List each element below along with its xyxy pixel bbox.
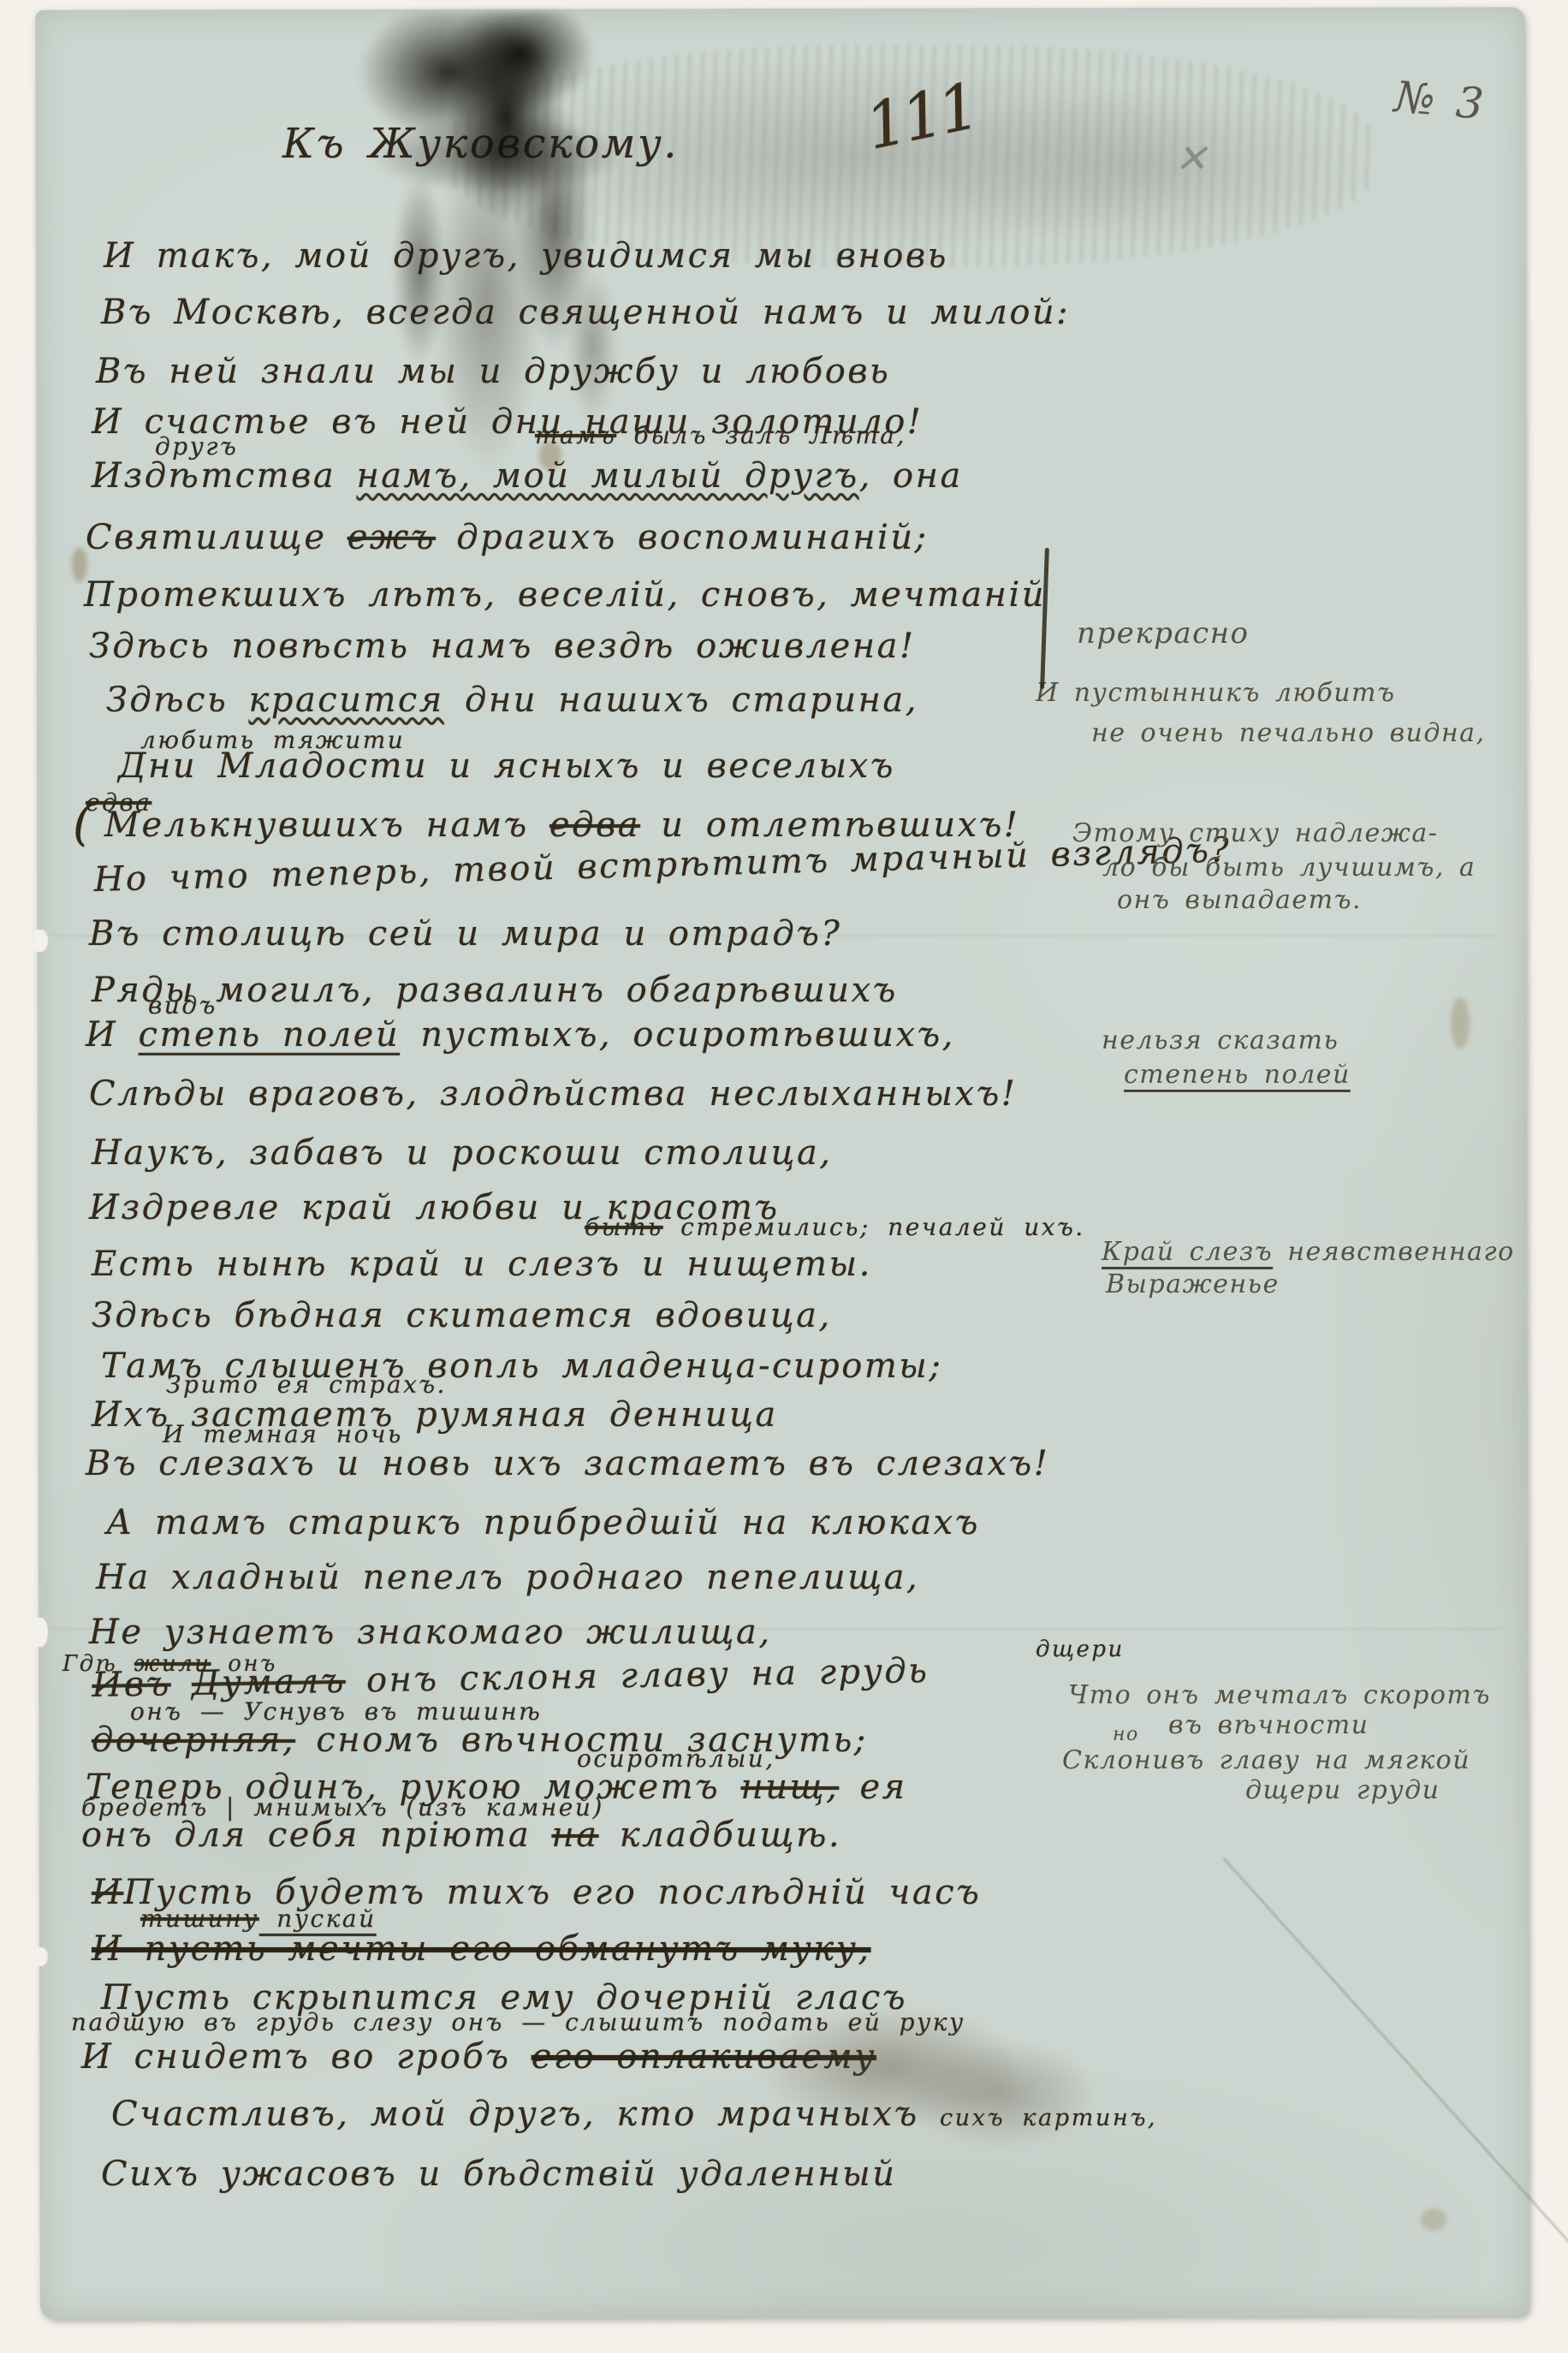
margin-note: Что онъ мечталъ скоротъ bbox=[1068, 1680, 1491, 1710]
margin-note-segment: неявственнаго bbox=[1273, 1237, 1514, 1267]
margin-note-segment: нельзя сказать bbox=[1102, 1025, 1339, 1055]
margin-note-segment: не очень печально видна, bbox=[1091, 718, 1486, 748]
margin-note-segment: въ вѣчности bbox=[1168, 1710, 1369, 1740]
margin-note: Край слезъ неявственнаго bbox=[1102, 1237, 1515, 1267]
margin-note: дщери груди bbox=[1245, 1775, 1440, 1805]
margin-note: но bbox=[1113, 1724, 1139, 1745]
margin-note-segment: дщери груди bbox=[1245, 1775, 1440, 1805]
margin-note: въ вѣчности bbox=[1168, 1710, 1369, 1740]
margin-note-segment: но bbox=[1113, 1724, 1139, 1745]
margin-note-segment: И пустынникъ любитъ bbox=[1036, 678, 1395, 708]
margin-notes-layer: прекрасноИ пустынникъ любитъне очень печ… bbox=[0, 0, 1568, 2353]
margin-note: степень полей bbox=[1124, 1060, 1351, 1090]
margin-note: Склонивъ главу на мягкой bbox=[1062, 1745, 1470, 1775]
margin-note: И пустынникъ любитъ bbox=[1036, 678, 1395, 708]
margin-note: нельзя сказать bbox=[1102, 1025, 1339, 1055]
margin-note: Выраженье bbox=[1106, 1269, 1280, 1299]
margin-note-segment: Край слезъ bbox=[1102, 1237, 1273, 1267]
margin-note-segment: онъ выпадаетъ. bbox=[1117, 885, 1362, 915]
manuscript-scan: { "header": { "title": "Къ Жуковскому.",… bbox=[0, 0, 1568, 2353]
margin-note-segment: Выраженье bbox=[1106, 1269, 1280, 1299]
margin-note: не очень печально видна, bbox=[1091, 718, 1486, 748]
margin-note-segment: Склонивъ главу на мягкой bbox=[1062, 1745, 1470, 1775]
margin-note-segment: прекрасно bbox=[1077, 616, 1250, 651]
margin-note-segment: Этому стиху надлежа- bbox=[1072, 818, 1438, 848]
margin-note-segment: Что онъ мечталъ скоротъ bbox=[1068, 1680, 1491, 1710]
margin-note-segment: степень полей bbox=[1124, 1060, 1351, 1090]
margin-note: Этому стиху надлежа- bbox=[1072, 818, 1438, 848]
margin-note: прекрасно bbox=[1077, 616, 1250, 651]
margin-note: онъ выпадаетъ. bbox=[1117, 885, 1362, 915]
margin-note: ло бы быть лучшимъ, а bbox=[1102, 853, 1476, 882]
margin-note-segment: ло бы быть лучшимъ, а bbox=[1102, 853, 1476, 882]
